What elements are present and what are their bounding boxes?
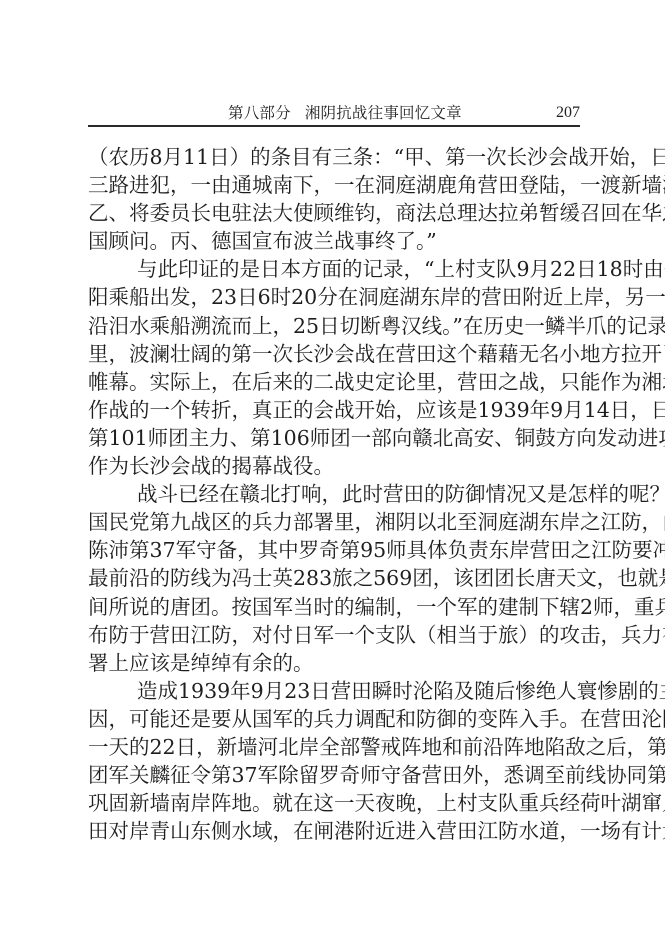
text-line: 最前沿的防线为冯士英283旅之569团，该团团长唐天文，也就是民 — [88, 564, 580, 592]
paragraph-3: 战斗已经在赣北打响，此时营田的防御情况又是怎样的呢？在 国民党第九战区的兵力部署… — [88, 480, 580, 677]
text-line: 一天的22日，新墙河北岸全部警戒阵地和前沿阵地陷敌之后，第15集 — [88, 733, 580, 761]
paragraph-1: （农历8月11日）的条目有三条：“甲、第一次长沙会战开始，日军 三路进犯，一由通… — [88, 143, 580, 255]
text-line: 国顾问。丙、德国宣布波兰战事终了。” — [88, 227, 580, 255]
text-line: 署上应该是绰绰有余的。 — [88, 649, 580, 677]
text-line: 战斗已经在赣北打响，此时营田的防御情况又是怎样的呢？在 — [88, 480, 580, 508]
text-line: 团军关麟征令第37军除留罗奇师守备营田外，悉调至前线协同第52军 — [88, 761, 580, 789]
header-rule — [88, 125, 580, 127]
text-line: 间所说的唐团。按国军当时的编制，一个军的建制下辖2师，重兵 — [88, 593, 580, 621]
paragraph-2: 与此印证的是日本方面的记录，“上村支队9月22日18时由岳 阳乘船出发，23日6… — [88, 255, 580, 480]
body-text: （农历8月11日）的条目有三条：“甲、第一次长沙会战开始，日军 三路进犯，一由通… — [88, 143, 580, 845]
header-title: 第八部分湘阴抗战往事回忆文章 — [228, 103, 462, 123]
text-line: 田对岸青山东侧水域，在闸港附近进入营田江防水道，一场有计划的 — [88, 817, 580, 845]
text-line: 乙、将委员长电驻法大使顾维钧，商法总理达拉弟暂缓召回在华之法 — [88, 199, 580, 227]
text-line: 三路进犯，一由通城南下，一在洞庭湖鹿角营田登陆，一渡新墙河。 — [88, 171, 580, 199]
text-line: 因，可能还是要从国军的兵力调配和防御的变阵入手。在营田沦陷前 — [88, 705, 580, 733]
paragraph-4: 造成1939年9月23日营田瞬时沦陷及随后惨绝人寰惨剧的主要原 因，可能还是要从… — [88, 677, 580, 846]
running-header: 第八部分湘阴抗战往事回忆文章 207 — [88, 103, 580, 125]
text-line: 造成1939年9月23日营田瞬时沦陷及随后惨绝人寰惨剧的主要原 — [88, 677, 580, 705]
text-line: 与此印证的是日本方面的记录，“上村支队9月22日18时由岳 — [88, 255, 580, 283]
text-line: 阳乘船出发，23日6时20分在洞庭湖东岸的营田附近上岸，另一部 — [88, 283, 580, 311]
text-line: （农历8月11日）的条目有三条：“甲、第一次长沙会战开始，日军 — [88, 143, 580, 171]
text-line: 国民党第九战区的兵力部署里，湘阴以北至洞庭湖东岸之江防，由 — [88, 508, 580, 536]
header-section: 湘阴抗战往事回忆文章 — [305, 104, 462, 122]
text-line: 沿汨水乘船溯流而上，25日切断粤汉线。”在历史一鳞半爪的记录 — [88, 312, 580, 340]
page-number: 207 — [556, 103, 580, 123]
text-line: 帷幕。实际上，在后来的二战史定论里，营田之战，只能作为湘北 — [88, 368, 580, 396]
text-line: 陈沛第37军守备，其中罗奇第95师具体负责东岸营田之江防要冲， — [88, 536, 580, 564]
text-line: 布防于营田江防，对付日军一个支队（相当于旅）的攻击，兵力布 — [88, 621, 580, 649]
text-line: 作战的一个转折，真正的会战开始，应该是1939年9月14日，日军 — [88, 396, 580, 424]
text-line: 里，波澜壮阔的第一次长沙会战在营田这个藉藉无名小地方拉开了 — [88, 340, 580, 368]
text-line: 第101师团主力、第106师团一部向赣北高安、铜鼓方向发动进攻， — [88, 424, 580, 452]
book-page: 第八部分湘阴抗战往事回忆文章 207 （农历8月11日）的条目有三条：“甲、第一… — [0, 0, 665, 929]
text-line: 巩固新墙南岸阵地。就在这一天夜晚，上村支队重兵经荷叶湖窜入营 — [88, 789, 580, 817]
text-line: 作为长沙会战的揭幕战役。 — [88, 452, 580, 480]
header-part: 第八部分 — [228, 104, 291, 122]
